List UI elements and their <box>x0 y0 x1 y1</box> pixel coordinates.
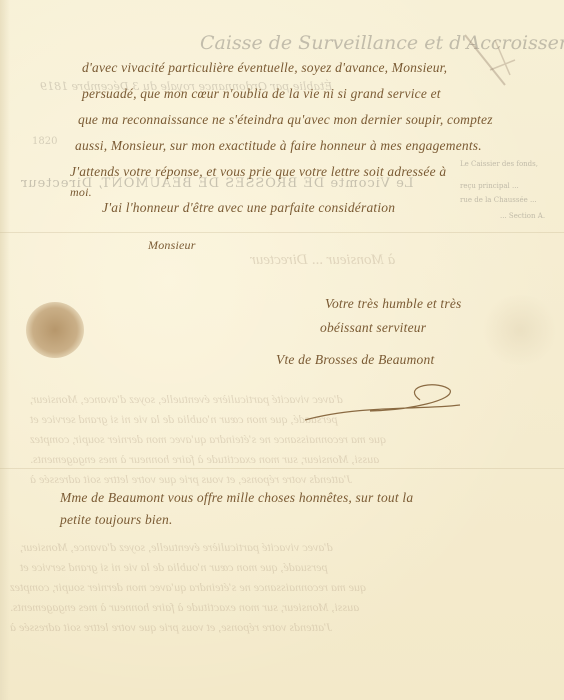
fold-line <box>0 468 564 469</box>
reverse-bleed-text: que ma reconnaissance ne s'éteindra qu'a… <box>10 580 366 595</box>
paper-mark <box>480 295 560 365</box>
side-note-bleed: reçu principal ... <box>460 182 519 190</box>
addressee-bleed: à Monsieur ... Directeur <box>250 252 395 269</box>
letter-page: Caisse de Surveillance et d'Accroissemen… <box>0 0 564 700</box>
closing-line: J'ai l'honneur d'être avec une parfaite … <box>102 200 395 216</box>
fold-line <box>0 232 564 233</box>
reverse-bleed-text: aussi, Monsieur, sur mon exactitude à fa… <box>30 452 379 467</box>
year-bleed: 1820 <box>32 136 57 147</box>
reverse-bleed-text: persuadé, que mon cœur n'oublia de la vi… <box>20 560 328 575</box>
postscript-line: petite toujours bien. <box>60 512 173 528</box>
signature: Vte de Brosses de Beaumont <box>276 352 434 368</box>
pencil-mark-icon <box>455 30 525 90</box>
side-note-bleed: Le Caissier des fonds, <box>460 160 538 168</box>
salutation: Monsieur <box>148 238 196 253</box>
body-line: moi. <box>70 185 92 200</box>
signoff-line: Votre très humble et très <box>325 296 461 312</box>
signoff-line: obéissant serviteur <box>320 320 426 336</box>
side-note-bleed: ... Section A. <box>500 212 545 220</box>
reverse-bleed-text: d'avec vivacité particulière éventuelle,… <box>30 392 343 407</box>
wax-stain <box>26 302 84 358</box>
reverse-bleed-text: d'avec vivacité particulière éventuelle,… <box>20 540 333 555</box>
side-note-bleed: rue de la Chaussée ... <box>460 196 537 204</box>
postscript-line: Mme de Beaumont vous offre mille choses … <box>60 490 413 506</box>
reverse-bleed-text: J'attends votre réponse, et vous prie qu… <box>30 472 352 487</box>
reverse-bleed-text: que ma reconnaissance ne s'éteindra qu'a… <box>30 432 386 447</box>
reverse-bleed-text: aussi, Monsieur, sur mon exactitude à fa… <box>10 600 359 615</box>
body-line: aussi, Monsieur, sur mon exactitude à fa… <box>75 138 482 154</box>
body-line: que ma reconnaissance ne s'éteindra qu'a… <box>78 112 493 128</box>
reverse-bleed-text: persuadé, que mon cœur n'oublia de la vi… <box>30 412 338 427</box>
body-line: J'attends votre réponse, et vous prie qu… <box>70 164 446 180</box>
paper-edge <box>0 0 10 700</box>
body-line: persuadé, que mon cœur n'oublia de la vi… <box>82 86 441 102</box>
body-line: d'avec vivacité particulière éventuelle,… <box>82 60 447 76</box>
reverse-bleed-text: J'attends votre réponse, et vous prie qu… <box>10 620 332 635</box>
